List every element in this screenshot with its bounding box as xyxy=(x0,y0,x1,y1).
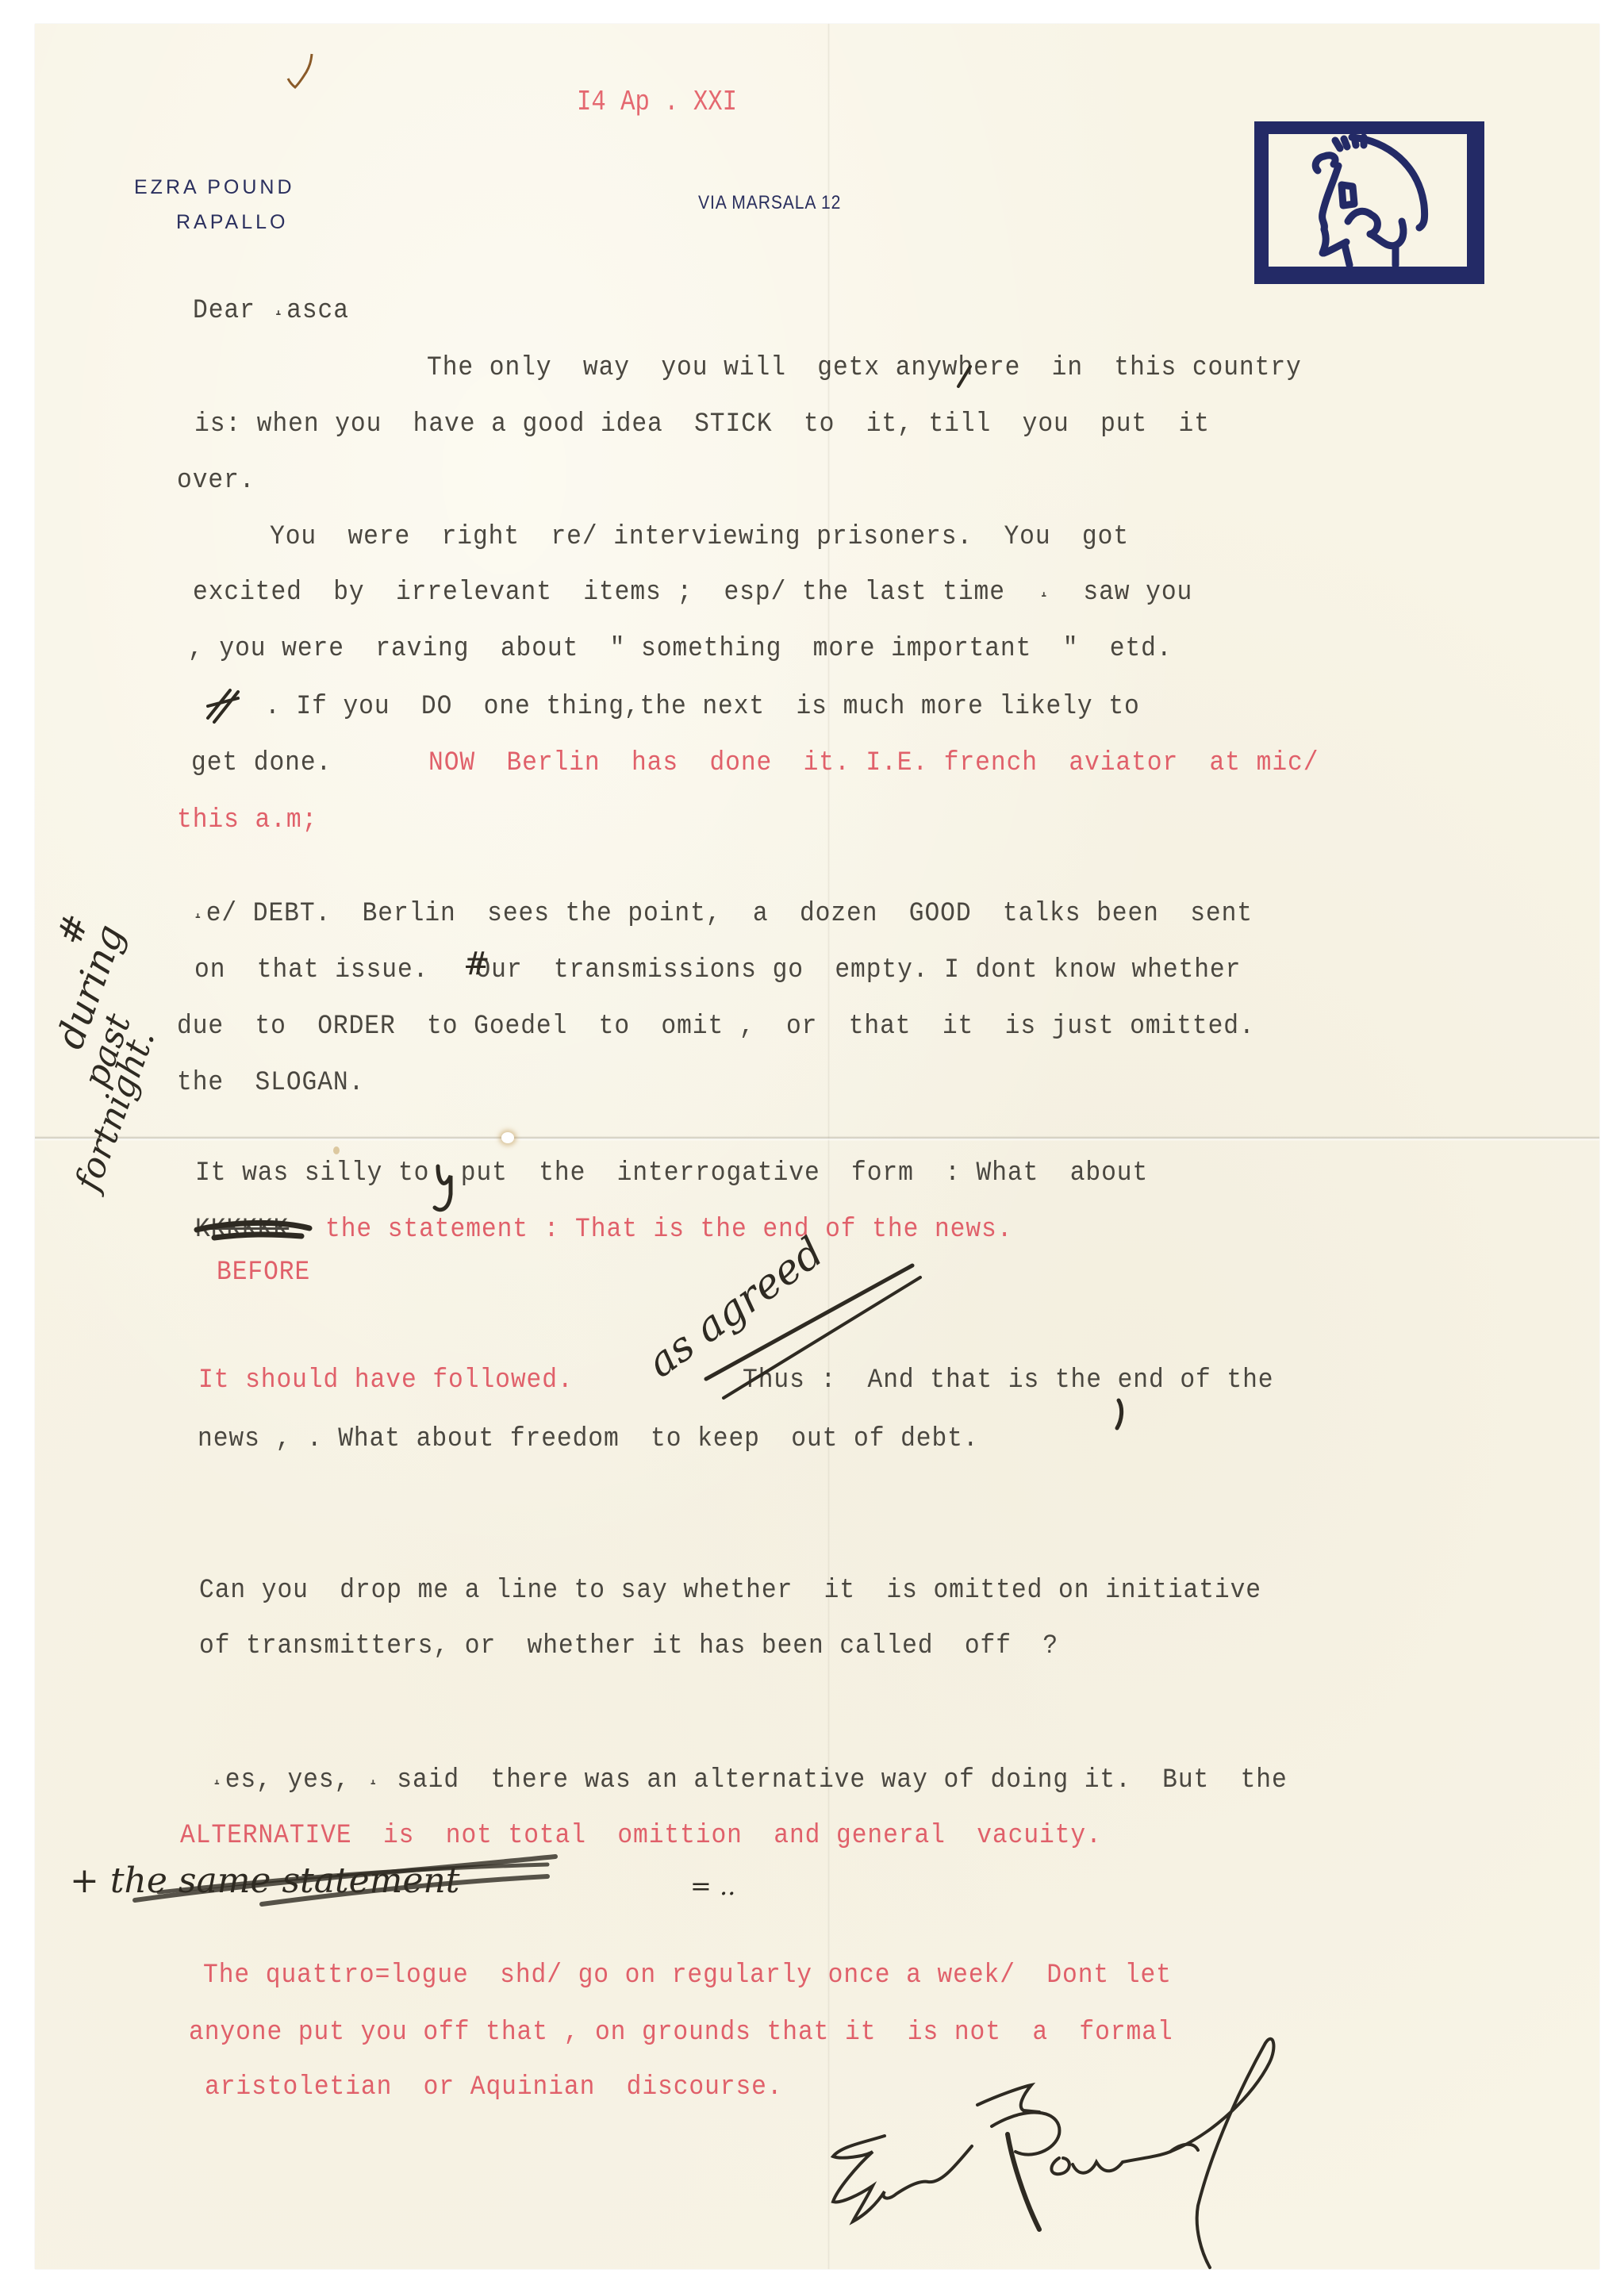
body-line: excited by irrelevant items ; esp/ the l… xyxy=(193,579,1192,606)
portrait-icon xyxy=(1269,134,1467,267)
body-line-red: NOW Berlin has done it. I.E. french avia… xyxy=(428,750,1319,777)
body-line: Thus : And that is the end of the xyxy=(743,1367,1274,1394)
struck-handwritten-line: + the same statement xyxy=(70,1861,459,1901)
hash-insert-mark: # xyxy=(463,946,490,982)
stain-spot xyxy=(333,1146,340,1154)
body-line: Can you drop me a line to say whether it… xyxy=(199,1577,1261,1604)
letter-date: I4 Ap . XXI xyxy=(577,86,737,118)
horizontal-fold-crease xyxy=(35,1136,1599,1141)
body-line: the SLOGAN. xyxy=(177,1070,364,1096)
body-line-red: ALTERNATIVE is not total omittion and ge… xyxy=(180,1822,1102,1849)
body-line: of transmitters, or whether it has been … xyxy=(199,1633,1058,1660)
letterhead-address: VIA MARSALA 12 xyxy=(698,192,841,214)
body-line: . If you DO one thing,the next is much m… xyxy=(265,693,1140,720)
body-line: get done. xyxy=(191,750,332,777)
body-line-red: the statement : That is the end of the n… xyxy=(325,1216,1012,1243)
body-line: ˔e/ DEBT. Berlin sees the point, a dozen… xyxy=(190,901,1253,927)
body-line: due to ORDER to Goedel to omit , or that… xyxy=(177,1013,1255,1040)
body-line-red: aristoletian or Aquinian discourse. xyxy=(205,2074,783,2101)
body-line: over. xyxy=(177,467,255,494)
body-line: , you were raving about " something more… xyxy=(188,636,1173,662)
body-line-red: anyone put you off that , on grounds tha… xyxy=(189,2019,1173,2046)
stain-hole xyxy=(501,1132,514,1143)
body-line: is: when you have a good idea STICK to i… xyxy=(194,411,1210,438)
body-line-red: this a.m; xyxy=(177,807,317,834)
body-line-red: It should have followed. xyxy=(198,1367,574,1394)
struck-text: KKKKKK xyxy=(195,1216,289,1243)
body-line-red: The quattro=logue shd/ go on regularly o… xyxy=(203,1962,1172,1989)
salutation: Dear ˔asca xyxy=(193,298,349,325)
profile-portrait-logo xyxy=(1254,121,1484,284)
body-line: The only way you will getx anywhere in t… xyxy=(427,355,1302,382)
body-line: on that issue. Our transmissions go empt… xyxy=(194,957,1241,984)
body-line: ˔es, yes, ˔ said there was an alternativ… xyxy=(209,1767,1288,1794)
struck-line-end: = .. xyxy=(690,1871,735,1901)
body-line: It was silly to put the interrogative fo… xyxy=(195,1160,1148,1187)
before-insert: BEFORE xyxy=(217,1259,310,1286)
body-line: You were right re/ interviewing prisoner… xyxy=(270,524,1129,551)
body-line: news , . What about freedom to keep out … xyxy=(198,1426,979,1453)
letterhead-name: EZRA POUND xyxy=(134,176,295,199)
letterhead-city: RAPALLO xyxy=(176,211,288,234)
